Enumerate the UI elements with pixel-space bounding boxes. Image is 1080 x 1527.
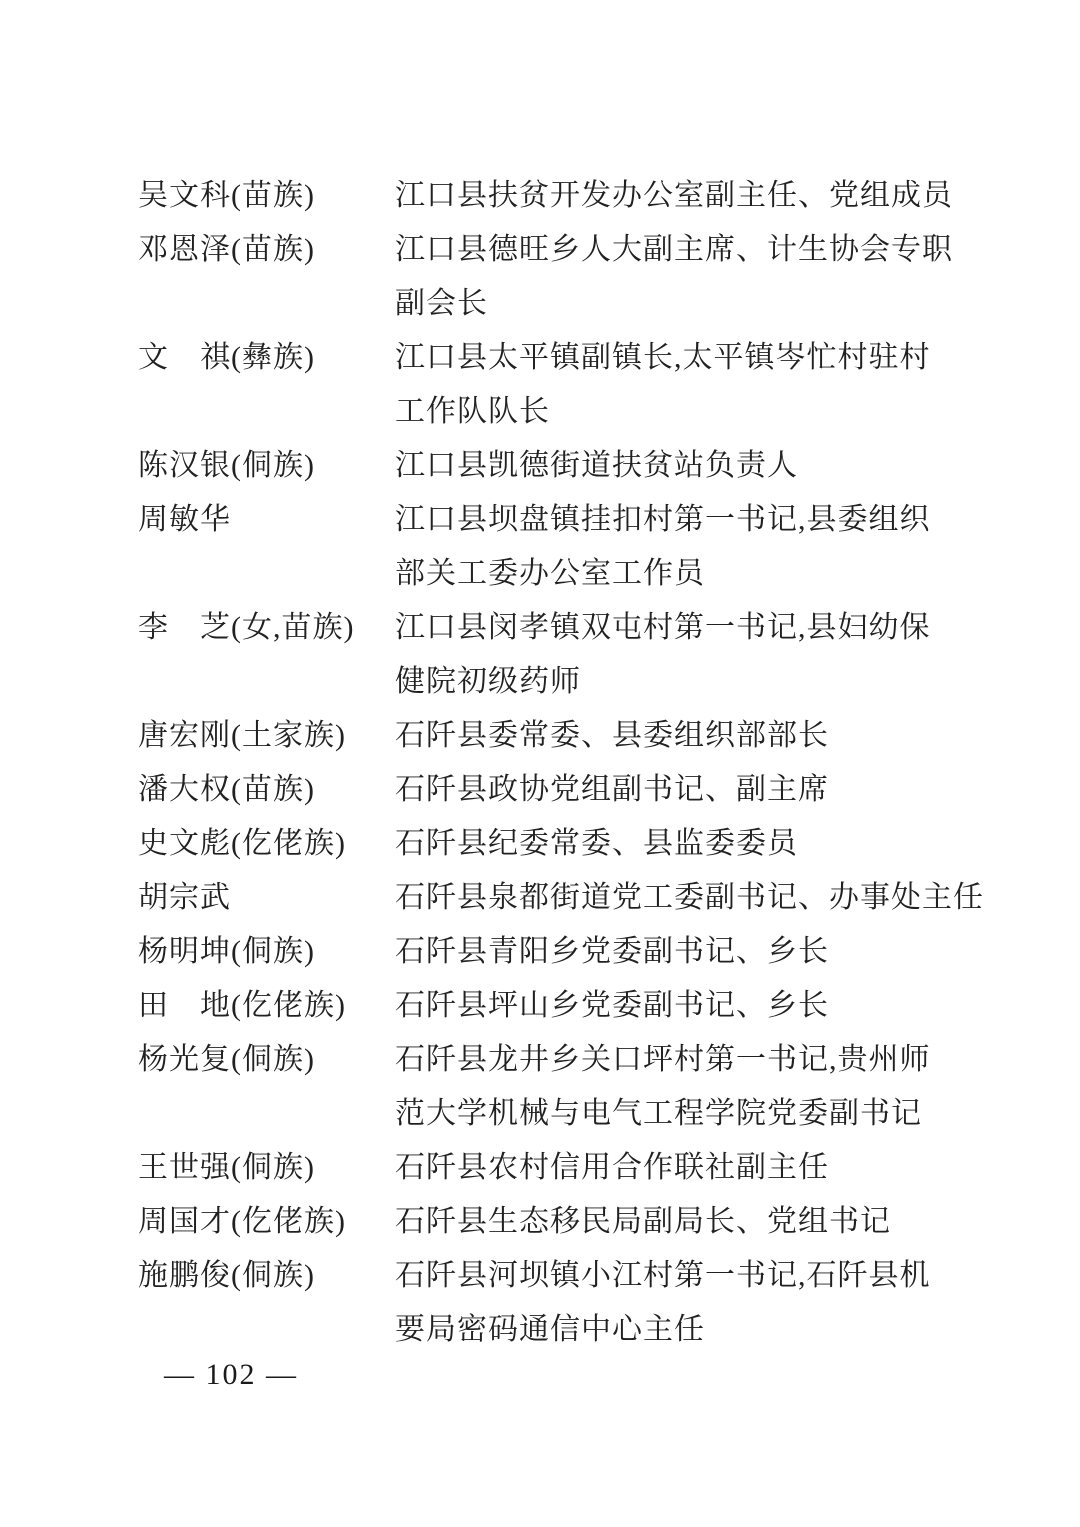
position-line: 江口县德旺乡人大副主席、计生协会专职: [395, 223, 953, 277]
person-name: 杨光复(侗族): [138, 1033, 395, 1087]
position-line: 部关工委办公室工作员: [395, 547, 931, 601]
roster-entry: 杨光复(侗族) 石阡县龙井乡关口坪村第一书记,贵州师范大学机械与电气工程学院党委…: [138, 1033, 984, 1141]
position-line: 副会长: [395, 277, 953, 331]
position-line: 石阡县泉都街道党工委副书记、办事处主任: [395, 871, 984, 925]
person-name: 田 地(仡佬族): [138, 979, 395, 1033]
roster-entry: 王世强(侗族) 石阡县农村信用合作联社副主任: [138, 1141, 984, 1195]
person-name: 潘大权(苗族): [138, 763, 395, 817]
person-name: 唐宏刚(土家族): [138, 709, 395, 763]
roster-entry: 田 地(仡佬族) 石阡县坪山乡党委副书记、乡长: [138, 979, 984, 1033]
person-name: 邓恩泽(苗族): [138, 223, 395, 277]
position-line: 石阡县河坝镇小江村第一书记,石阡县机: [395, 1249, 931, 1303]
document-page: 吴文科(苗族) 江口县扶贫开发办公室副主任、党组成员 邓恩泽(苗族) 江口县德旺…: [0, 0, 1080, 1527]
person-position: 石阡县坪山乡党委副书记、乡长: [395, 979, 829, 1033]
roster-entry: 胡宗武 石阡县泉都街道党工委副书记、办事处主任: [138, 871, 984, 925]
roster-entry: 周敏华 江口县坝盘镇挂扣村第一书记,县委组织部关工委办公室工作员: [138, 493, 984, 601]
roster-entry: 唐宏刚(土家族) 石阡县委常委、县委组织部部长: [138, 709, 984, 763]
position-line: 石阡县委常委、县委组织部部长: [395, 709, 829, 763]
person-position: 江口县坝盘镇挂扣村第一书记,县委组织部关工委办公室工作员: [395, 493, 931, 601]
position-line: 石阡县坪山乡党委副书记、乡长: [395, 979, 829, 1033]
person-position: 江口县凯德街道扶贫站负责人: [395, 439, 798, 493]
position-line: 工作队队长: [395, 385, 931, 439]
position-line: 石阡县龙井乡关口坪村第一书记,贵州师: [395, 1033, 931, 1087]
position-line: 石阡县生态移民局副局长、党组书记: [395, 1195, 891, 1249]
person-name: 王世强(侗族): [138, 1141, 395, 1195]
person-position: 石阡县生态移民局副局长、党组书记: [395, 1195, 891, 1249]
person-position: 石阡县龙井乡关口坪村第一书记,贵州师范大学机械与电气工程学院党委副书记: [395, 1033, 931, 1141]
position-line: 石阡县政协党组副书记、副主席: [395, 763, 829, 817]
page-number: — 102 —: [164, 1352, 298, 1397]
roster-entry: 邓恩泽(苗族) 江口县德旺乡人大副主席、计生协会专职副会长: [138, 223, 984, 331]
position-line: 要局密码通信中心主任: [395, 1303, 931, 1357]
person-position: 石阡县农村信用合作联社副主任: [395, 1141, 829, 1195]
person-name: 文 祺(彝族): [138, 331, 395, 385]
roster-entry: 吴文科(苗族) 江口县扶贫开发办公室副主任、党组成员: [138, 169, 984, 223]
person-position: 江口县扶贫开发办公室副主任、党组成员: [395, 169, 953, 223]
person-name: 施鹏俊(侗族): [138, 1249, 395, 1303]
position-line: 江口县凯德街道扶贫站负责人: [395, 439, 798, 493]
personnel-roster: 吴文科(苗族) 江口县扶贫开发办公室副主任、党组成员 邓恩泽(苗族) 江口县德旺…: [138, 169, 984, 1357]
position-line: 江口县太平镇副镇长,太平镇岑忙村驻村: [395, 331, 931, 385]
position-line: 健院初级药师: [395, 655, 931, 709]
roster-entry: 陈汉银(侗族) 江口县凯德街道扶贫站负责人: [138, 439, 984, 493]
position-line: 石阡县农村信用合作联社副主任: [395, 1141, 829, 1195]
person-position: 江口县闵孝镇双屯村第一书记,县妇幼保健院初级药师: [395, 601, 931, 709]
position-line: 范大学机械与电气工程学院党委副书记: [395, 1087, 931, 1141]
roster-entry: 史文彪(仡佬族) 石阡县纪委常委、县监委委员: [138, 817, 984, 871]
person-name: 吴文科(苗族): [138, 169, 395, 223]
position-line: 石阡县青阳乡党委副书记、乡长: [395, 925, 829, 979]
position-line: 江口县扶贫开发办公室副主任、党组成员: [395, 169, 953, 223]
roster-entry: 李 芝(女,苗族) 江口县闵孝镇双屯村第一书记,县妇幼保健院初级药师: [138, 601, 984, 709]
position-line: 石阡县纪委常委、县监委委员: [395, 817, 798, 871]
person-position: 石阡县河坝镇小江村第一书记,石阡县机要局密码通信中心主任: [395, 1249, 931, 1357]
person-position: 石阡县泉都街道党工委副书记、办事处主任: [395, 871, 984, 925]
position-line: 江口县坝盘镇挂扣村第一书记,县委组织: [395, 493, 931, 547]
roster-entry: 文 祺(彝族) 江口县太平镇副镇长,太平镇岑忙村驻村工作队队长: [138, 331, 984, 439]
person-name: 胡宗武: [138, 871, 395, 925]
roster-entry: 潘大权(苗族) 石阡县政协党组副书记、副主席: [138, 763, 984, 817]
person-name: 杨明坤(侗族): [138, 925, 395, 979]
person-name: 史文彪(仡佬族): [138, 817, 395, 871]
person-position: 石阡县纪委常委、县监委委员: [395, 817, 798, 871]
person-position: 江口县太平镇副镇长,太平镇岑忙村驻村工作队队长: [395, 331, 931, 439]
person-name: 周敏华: [138, 493, 395, 547]
roster-entry: 杨明坤(侗族) 石阡县青阳乡党委副书记、乡长: [138, 925, 984, 979]
roster-entry: 周国才(仡佬族) 石阡县生态移民局副局长、党组书记: [138, 1195, 984, 1249]
person-position: 石阡县青阳乡党委副书记、乡长: [395, 925, 829, 979]
roster-entry: 施鹏俊(侗族) 石阡县河坝镇小江村第一书记,石阡县机要局密码通信中心主任: [138, 1249, 984, 1357]
person-name: 陈汉银(侗族): [138, 439, 395, 493]
person-position: 石阡县政协党组副书记、副主席: [395, 763, 829, 817]
person-name: 周国才(仡佬族): [138, 1195, 395, 1249]
person-name: 李 芝(女,苗族): [138, 601, 395, 655]
person-position: 江口县德旺乡人大副主席、计生协会专职副会长: [395, 223, 953, 331]
person-position: 石阡县委常委、县委组织部部长: [395, 709, 829, 763]
position-line: 江口县闵孝镇双屯村第一书记,县妇幼保: [395, 601, 931, 655]
